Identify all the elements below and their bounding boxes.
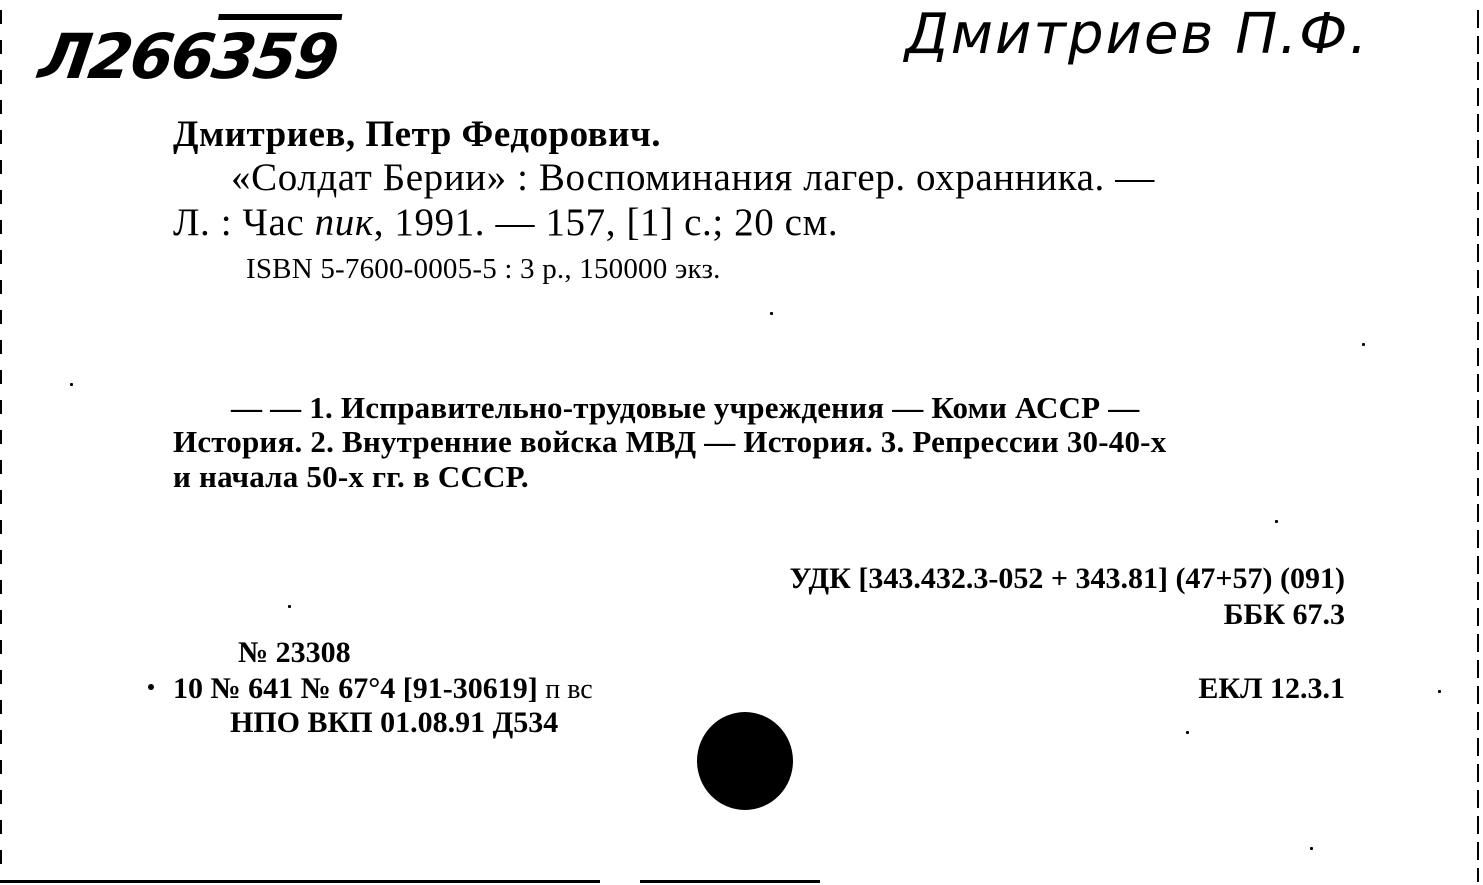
pub-details: , 1991. — 157, [1] с.; 20 см. (374, 201, 839, 244)
udk-classification: УДК [343.432.3-052 + 343.81] (47+57) (09… (790, 562, 1346, 596)
card-edge-left (0, 10, 2, 882)
print-order-line: 10 № 641 № 67°4 [91-30619] п вс (173, 672, 593, 706)
scan-speck (1275, 520, 1278, 523)
card-edge-right (1477, 10, 1479, 882)
scan-speck (1438, 690, 1441, 693)
scan-speck (1186, 731, 1189, 734)
scan-speck (70, 383, 73, 386)
subject-line-1: — — 1. Исправительно-трудовые учреждения… (231, 390, 1139, 426)
bbk-classification: ББК 67.3 (1224, 598, 1345, 632)
card-edge-bottom (0, 880, 1483, 883)
handwritten-call-number: Л266359 (35, 20, 342, 93)
catalog-card: Л266359 Дмитриев П.Ф. Дмитриев, Петр Фед… (0, 0, 1483, 885)
print-order-suffix: п вс (545, 674, 592, 705)
subject-line-2: История. 2. Внутренние войска МВД — Исто… (173, 424, 1166, 460)
isbn-line: ISBN 5-7600-0005-5 : 3 р., 150000 экз. (246, 253, 721, 286)
ekl-classification: ЕКЛ 12.3.1 (1198, 672, 1345, 706)
scan-speck (1362, 343, 1365, 346)
scan-speck (770, 312, 773, 315)
handwritten-author-note: Дмитриев П.Ф. (905, 2, 1369, 67)
scan-speck (288, 605, 291, 608)
print-order-codes: 10 № 641 № 67°4 [91-30619] (173, 672, 545, 705)
scan-speck (1310, 847, 1313, 850)
pub-publisher: пик (315, 201, 374, 244)
title-statement: «Солдат Берии» : Воспоминания лагер. охр… (231, 155, 1155, 200)
pub-place: Л. : Час (173, 201, 315, 244)
publication-statement: Л. : Час пик, 1991. — 157, [1] с.; 20 см… (173, 200, 838, 245)
call-number-main: Л266 (35, 20, 218, 93)
bullet-dot (148, 684, 154, 690)
subject-line-3: и начала 50-х гг. в СССР. (173, 459, 529, 495)
punch-hole (697, 712, 793, 810)
card-number: № 23308 (238, 636, 351, 670)
call-number-suffix: 359 (208, 20, 342, 93)
author-heading: Дмитриев, Петр Федорович. (173, 113, 661, 156)
printer-line: НПО ВКП 01.08.91 Д534 (230, 706, 558, 740)
